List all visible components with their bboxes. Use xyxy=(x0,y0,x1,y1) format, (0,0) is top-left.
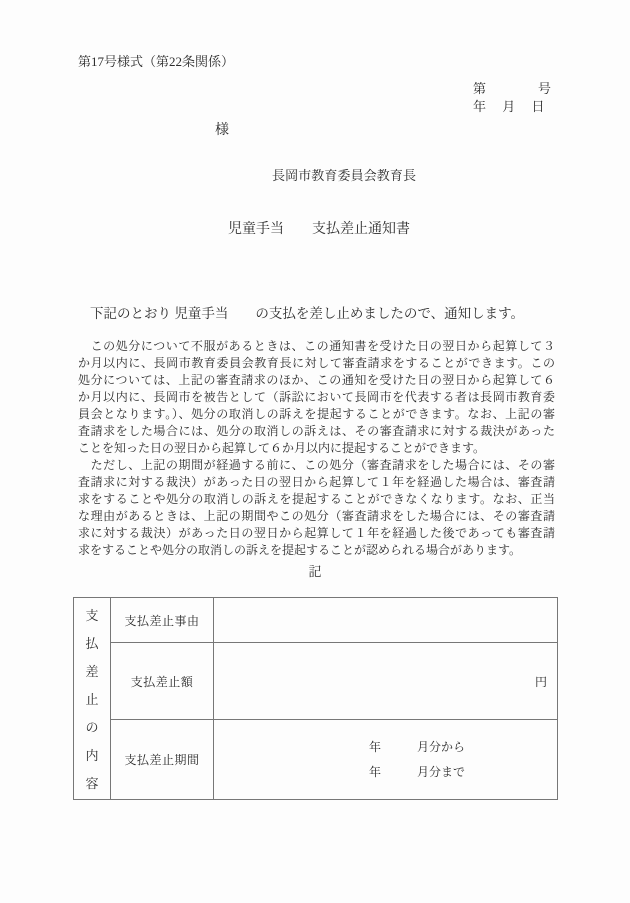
notice-line: か月以内に、長岡市を被告として（訴訟において長岡市を代表する者は長岡市教育委 xyxy=(78,389,555,406)
date-line: 年 月 日 xyxy=(473,96,545,115)
notice-line: か月以内に、長岡市教育委員会教育長に対して審査請求をすることができます。この xyxy=(78,355,555,372)
addressee-honorific: 様 xyxy=(215,119,229,139)
table-row-reason: 支払差止事由 xyxy=(111,598,557,643)
side-char: 払 xyxy=(85,633,98,652)
table-rows: 支払差止事由 支払差止額 円 支払差止期間 年 月分から 年 月分まで xyxy=(111,598,557,799)
table-row-amount: 支払差止額 円 xyxy=(111,643,557,720)
notice-line: 処分については、上記の審査請求のほか、この通知を受けた日の翌日から起算して６ xyxy=(78,372,555,389)
side-char: 内 xyxy=(85,745,98,764)
sender-name: 長岡市教育委員会教育長 xyxy=(272,165,416,184)
side-char: 止 xyxy=(85,689,98,708)
notice-line: 求をすることや処分の取消しの訴えを提起することができなくなります。なお、正当 xyxy=(78,491,555,508)
table-row-period: 支払差止期間 年 月分から 年 月分まで xyxy=(111,720,557,799)
period-to: 年 月分まで xyxy=(369,760,557,785)
intro-sentence: 下記のとおり 児童手当 の支払を差し止めましたので、通知します。 xyxy=(90,302,524,322)
side-char: 差 xyxy=(85,661,98,680)
document-title-allowance: 児童手当 xyxy=(228,218,284,238)
table-side-header-vertical: 支 払 差 止 の 内 容 xyxy=(74,598,111,799)
amount-value-cell: 円 xyxy=(214,643,557,719)
amount-unit: 円 xyxy=(535,673,547,690)
appeal-notice-text: この処分について不服があるときは、この通知書を受けた日の翌日から起算して３ か月… xyxy=(78,338,555,559)
side-char: 容 xyxy=(85,773,98,792)
notice-line: な理由があるときは、上記の期間やこの処分（審査請求をした場合には、その審査請 xyxy=(78,508,555,525)
side-char: 支 xyxy=(85,605,98,624)
notice-document-page: 第17号様式（第22条関係） 第 号 年 月 日 様 長岡市教育委員会教育長 児… xyxy=(0,0,630,903)
record-marker: 記 xyxy=(0,561,630,580)
notice-line: 求をすることや処分の取消しの訴えを提起することが認められる場合があります。 xyxy=(78,542,555,559)
notice-line: 求に対する裁決）があった日の翌日から起算して１年を経過した後であっても審査請 xyxy=(78,525,555,542)
notice-line: ことを知った日の翌日から起算して６か月以内に提起することができます。 xyxy=(78,440,555,457)
document-title: 児童手当 支払差止通知書 xyxy=(228,218,410,238)
notice-line: 査請求に対する裁決）があった日の翌日から起算して１年を経過した場合は、審査請 xyxy=(78,474,555,491)
reason-label: 支払差止事由 xyxy=(111,598,214,642)
period-from: 年 月分から xyxy=(369,735,557,760)
doc-number-line: 第 号 xyxy=(473,78,551,97)
form-number: 第17号様式（第22条関係） xyxy=(78,51,234,70)
period-value-cell: 年 月分から 年 月分まで xyxy=(214,720,557,799)
notice-line: ただし、上記の期間が経過する前に、この処分（審査請求をした場合には、その審 xyxy=(78,457,555,474)
suspension-details-table: 支 払 差 止 の 内 容 支払差止事由 支払差止額 円 支払差止期間 年 xyxy=(73,597,558,800)
notice-line: この処分について不服があるときは、この通知書を受けた日の翌日から起算して３ xyxy=(78,338,555,355)
document-title-main: 支払差止通知書 xyxy=(312,218,410,238)
side-char: の xyxy=(85,717,98,736)
period-label: 支払差止期間 xyxy=(111,720,214,799)
reason-value-cell xyxy=(214,598,557,642)
notice-line: 員会となります。）、処分の取消しの訴えを提起することができます。なお、上記の審 xyxy=(78,406,555,423)
notice-line: 査請求をした場合には、処分の取消しの訴えは、その審査請求に対する裁決があった xyxy=(78,423,555,440)
amount-label: 支払差止額 xyxy=(111,643,214,719)
